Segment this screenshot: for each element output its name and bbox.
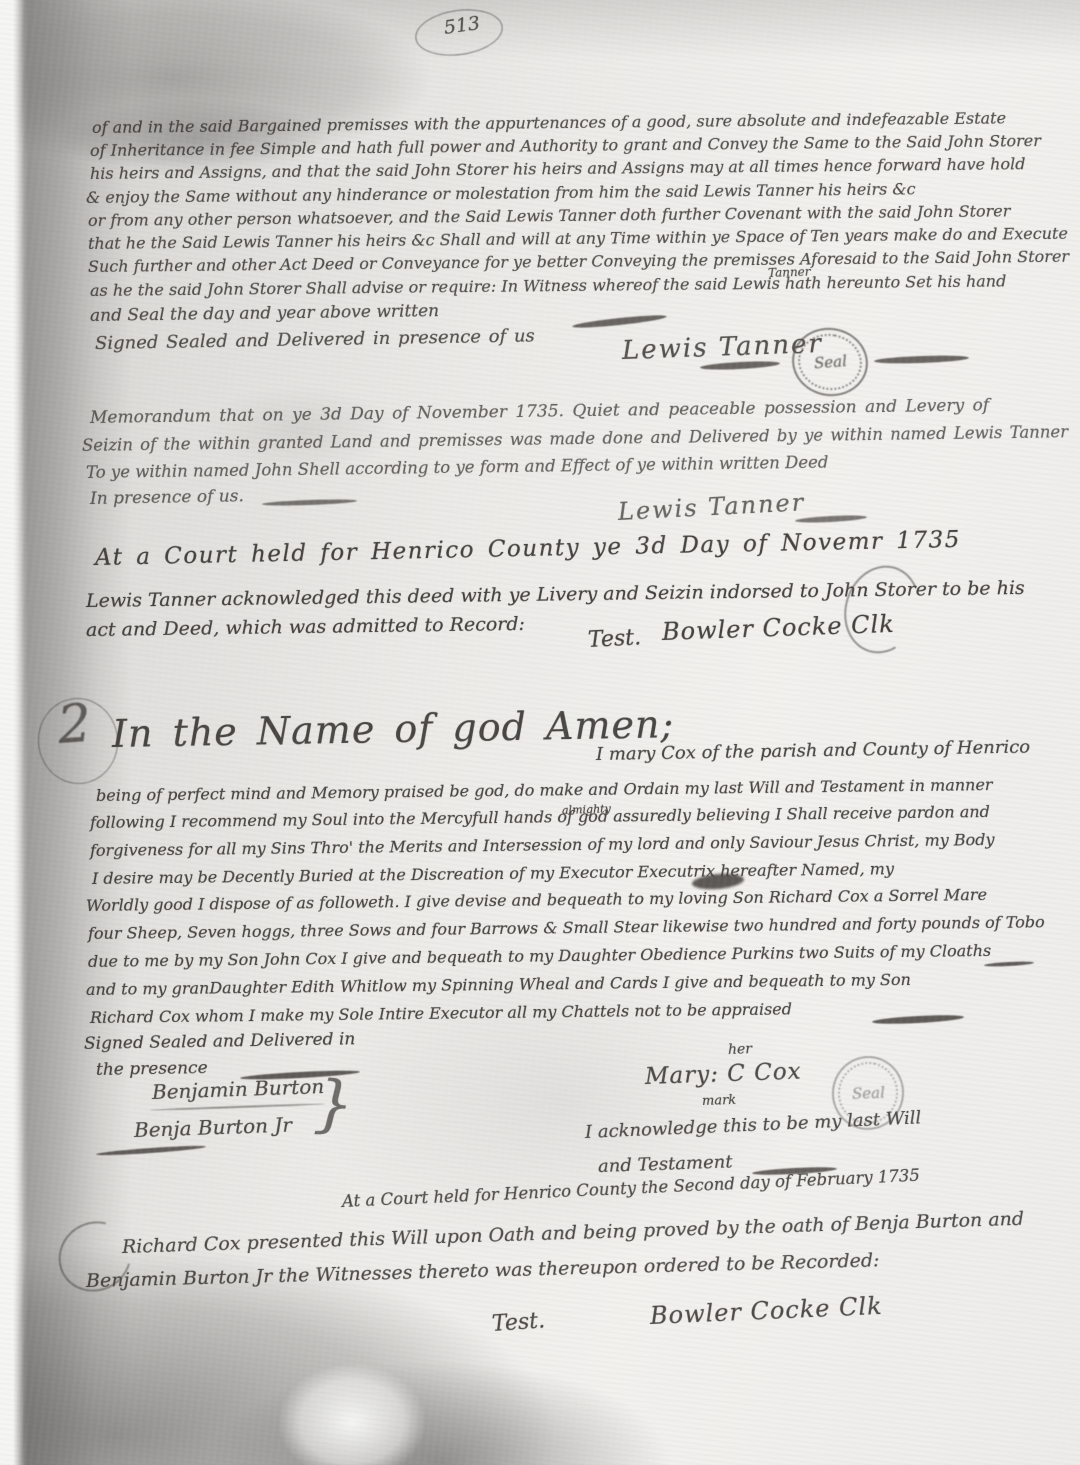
court-text-line: Benjamin Burton Jr the Witnesses thereto… (86, 1249, 880, 1292)
scanned-document-page: 513 of and in the said Bargained premiss… (0, 0, 1080, 1465)
court-text-line: Richard Cox presented this Will upon Oat… (122, 1208, 1025, 1258)
court-heading: At a Court held for Henrico County the S… (342, 1166, 921, 1211)
clerk-signature: Bowler Cocke Clk (649, 1292, 883, 1330)
test-label: Test. (491, 1308, 546, 1337)
court-entry-will: At a Court held for Henrico County the S… (0, 0, 1080, 1465)
